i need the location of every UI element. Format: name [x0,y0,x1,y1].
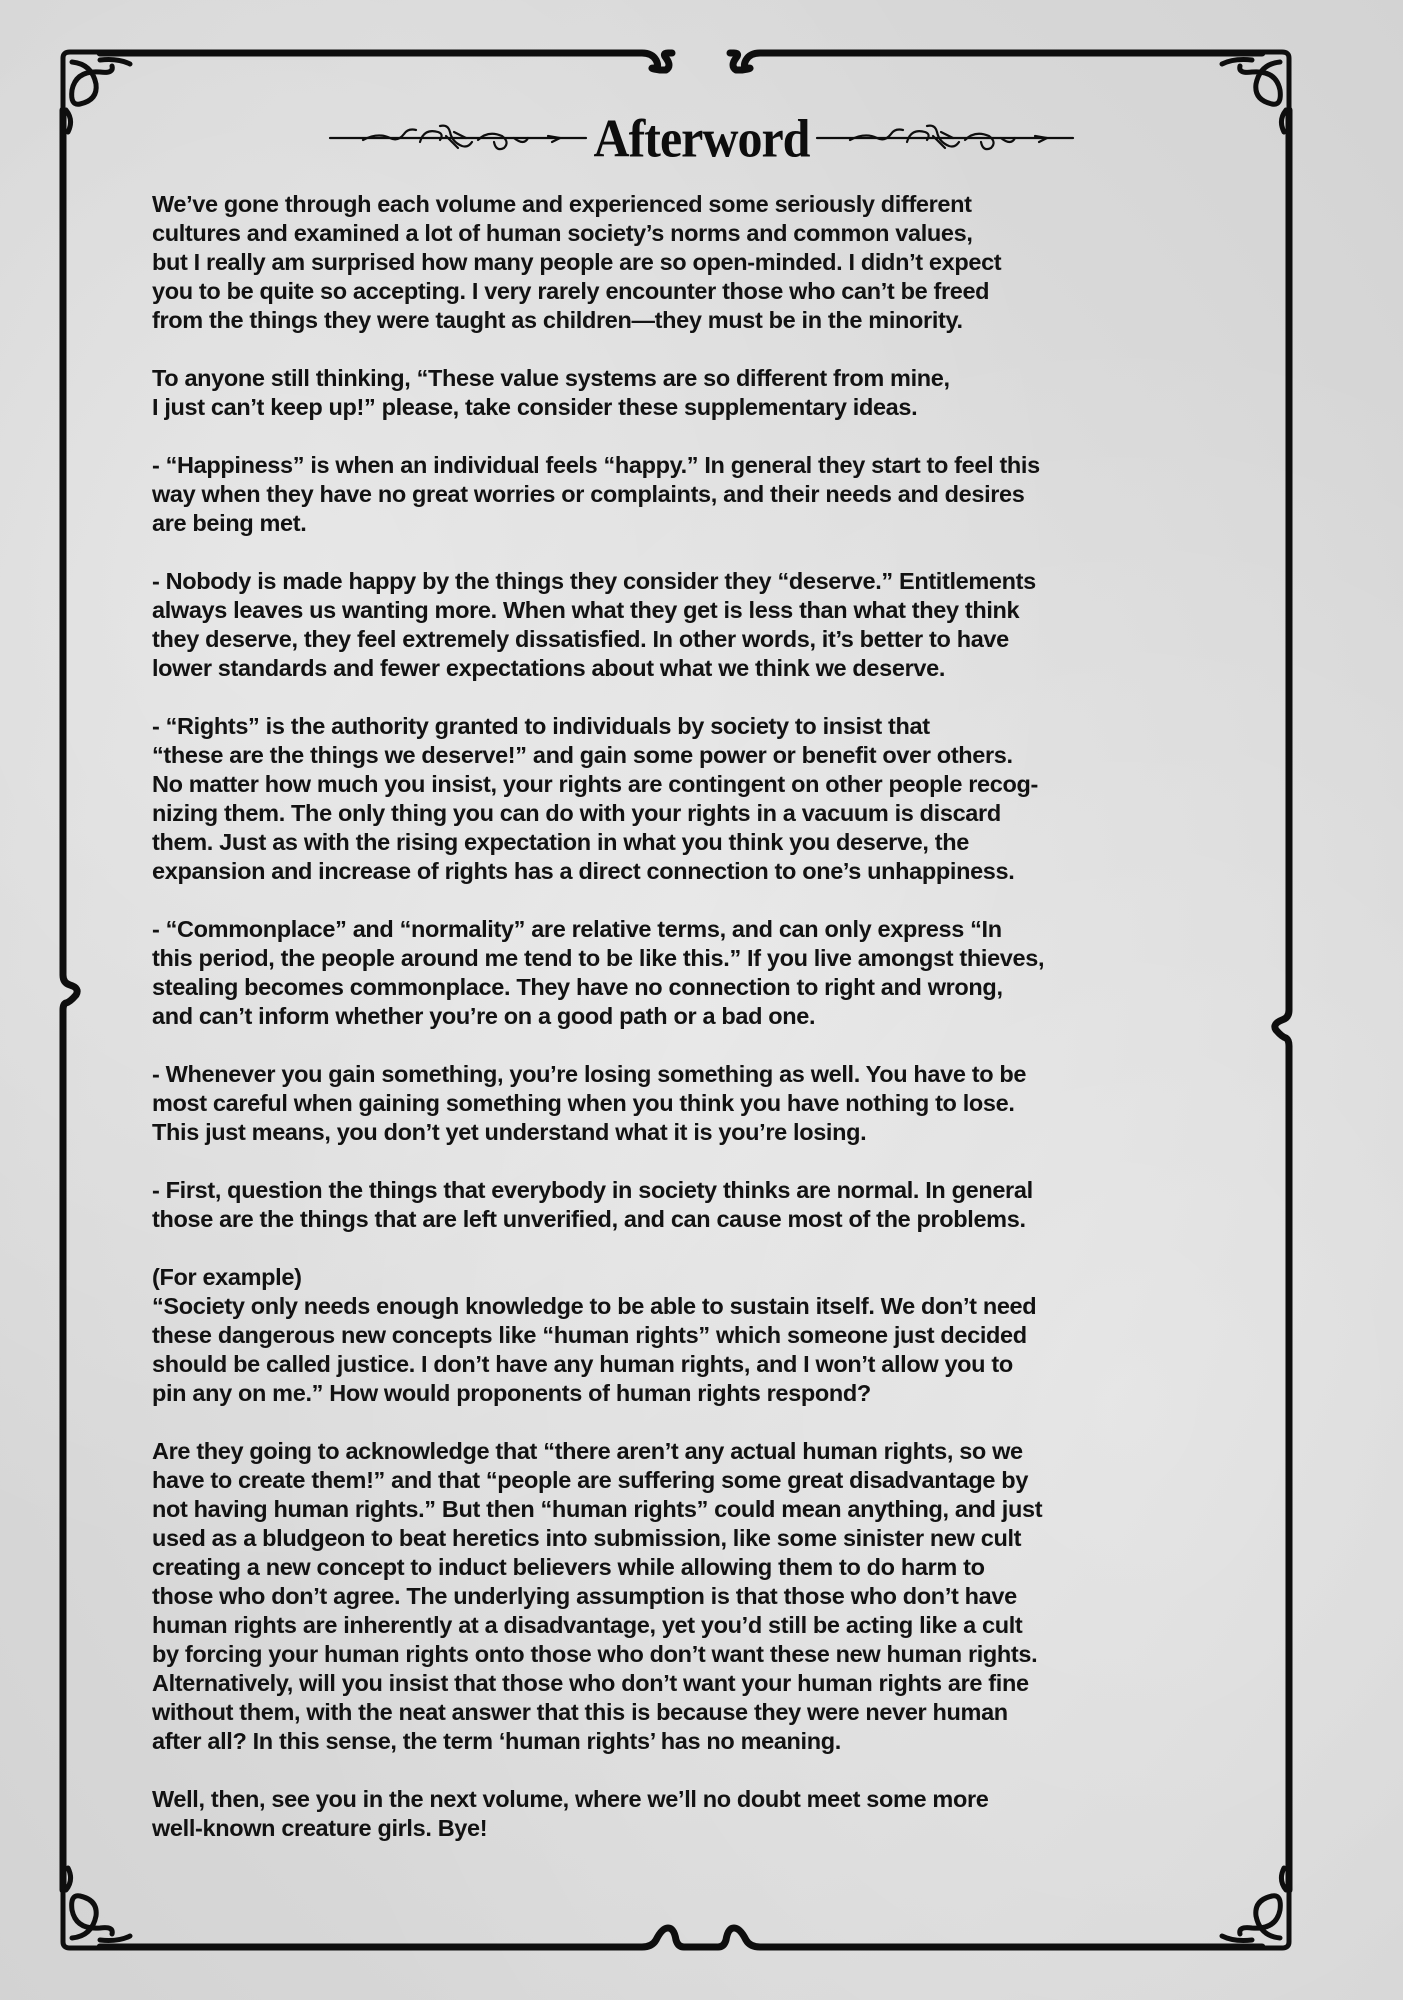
paragraph-happiness: - “Happiness” is when an individual feel… [152,451,1232,538]
paragraph-commonplace: - “Commonplace” and “normality” are rela… [152,915,1232,1031]
paragraph-intro: We’ve gone through each volume and exper… [152,190,1232,335]
paragraph-for-example-label: (For example) [152,1263,1232,1292]
paragraph-human-rights-argument: Are they going to acknowledge that “ther… [152,1437,1232,1756]
paragraph-closing: Well, then, see you in the next volume, … [152,1785,1232,1843]
paragraph-gain-lose: - Whenever you gain something, you’re lo… [152,1060,1232,1147]
paragraph-deserve: - Nobody is made happy by the things the… [152,567,1232,683]
paragraph-rights: - “Rights” is the authority granted to i… [152,712,1232,886]
paragraph-example-quote: “Society only needs enough knowledge to … [152,1292,1232,1408]
title-row: Afterword [0,100,1403,175]
flourish-ornament-left-icon [328,118,588,158]
afterword-body: We’ve gone through each volume and exper… [152,190,1232,1872]
paragraph-question-normal: - First, question the things that everyb… [152,1176,1232,1234]
flourish-ornament-right-icon [815,118,1075,158]
page-title: Afterword [594,111,810,165]
paragraph-supplementary: To anyone still thinking, “These value s… [152,364,1232,422]
